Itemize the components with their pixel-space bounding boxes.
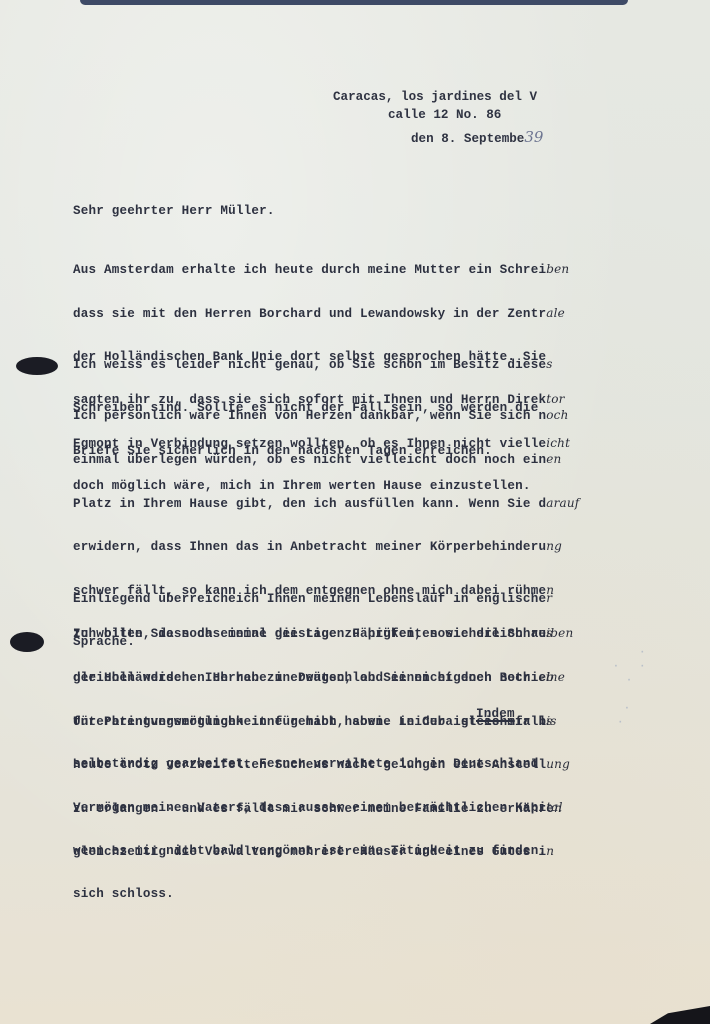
typed-text: einmal überlegen würden, ob es nicht vie… bbox=[73, 453, 546, 467]
handwritten-completion: eine bbox=[538, 670, 565, 684]
text-line: erwidern, dass Ihnen das in Anbetracht m… bbox=[73, 539, 579, 554]
typed-text: Ich weiss es leider nicht genau, ob Sie … bbox=[73, 358, 546, 372]
typed-text: zu erlangen · und es fällt mir schwer me… bbox=[73, 802, 554, 816]
typed-text: sich schloss. bbox=[73, 887, 174, 901]
handwritten-completion: is bbox=[546, 714, 556, 728]
handwritten-completion: iben bbox=[546, 626, 573, 640]
typed-text: Platz in Ihrem Hause gibt, den ich ausfü… bbox=[73, 497, 546, 511]
handwritten-completion: ale bbox=[546, 306, 565, 320]
letter-page: Caracas, los jardines del V calle 12 No.… bbox=[0, 0, 710, 1024]
typed-text: Aus Amsterdam erhalte ich heute durch me… bbox=[73, 263, 546, 277]
handwritten-completion: n bbox=[554, 801, 562, 815]
text-line: sich schloss. bbox=[73, 887, 579, 901]
paragraph-5: Ich bitte Sie noch einmal die Lage zu pr… bbox=[73, 598, 573, 887]
text-line: heute trotz verzweifelten Suchens nicht … bbox=[73, 757, 573, 772]
text-line: Ich weiss es leider nicht genau, ob Sie … bbox=[73, 357, 553, 372]
text-line: zu erlangen · und es fällt mir schwer me… bbox=[73, 801, 573, 816]
top-binding-strip bbox=[80, 0, 628, 5]
address-line-2: calle 12 No. 86 bbox=[333, 106, 543, 124]
bleed-through-text: · · bbox=[584, 702, 630, 730]
handwritten-completion: arauf bbox=[546, 496, 579, 510]
text-line: Ich bitte Sie noch einmal die Lage zu pr… bbox=[73, 626, 573, 641]
letter-header: Caracas, los jardines del V calle 12 No.… bbox=[333, 88, 543, 152]
date-typed: den 8. Septembe bbox=[411, 132, 524, 146]
address-line-1: Caracas, los jardines del V bbox=[333, 88, 543, 106]
typed-text: Ich persönlich wäre Ihnen von Herzen dan… bbox=[73, 409, 546, 423]
typed-text: erwidern, dass Ihnen das in Anbetracht m… bbox=[73, 540, 546, 554]
punch-hole-bottom bbox=[10, 632, 44, 652]
closing-catchword: Indem bbox=[476, 707, 515, 721]
handwritten-completion: och bbox=[546, 408, 568, 422]
typed-text: der Holländischen Herren zu erwägen, ob … bbox=[73, 671, 538, 685]
text-line: dass sie mit den Herren Borchard und Lew… bbox=[73, 306, 570, 321]
handwritten-completion: ung bbox=[546, 757, 570, 771]
date-year-handwritten: 39 bbox=[524, 128, 543, 146]
punch-hole-top bbox=[16, 357, 58, 375]
text-line: wenn es mir nicht bald vergönnt ist eine… bbox=[73, 844, 573, 858]
page-corner-shadow bbox=[650, 1006, 710, 1024]
bleed-through-text: · · · · bbox=[606, 646, 646, 688]
text-line: einmal überlegen würden, ob es nicht vie… bbox=[73, 452, 579, 467]
typed-text: wenn es mir nicht bald vergönnt ist eine… bbox=[73, 844, 546, 858]
handwritten-completion: ben bbox=[546, 262, 569, 276]
salutation: Sehr geehrter Herr Müller. bbox=[73, 204, 275, 218]
text-line: Ich persönlich wäre Ihnen von Herzen dan… bbox=[73, 408, 579, 423]
typed-text: heute trotz verzweifelten Suchens nicht … bbox=[73, 758, 546, 772]
handwritten-completion: en bbox=[546, 452, 561, 466]
typed-text: dass sie mit den Herren Borchard und Lew… bbox=[73, 307, 546, 321]
typed-text: Ich bitte Sie noch einmal die Lage zu pr… bbox=[73, 627, 546, 641]
handwritten-completion: s bbox=[546, 357, 552, 371]
date-line: den 8. Septembe39 bbox=[333, 124, 543, 152]
text-line: Platz in Ihrem Hause gibt, den ich ausfü… bbox=[73, 496, 579, 511]
text-line: Aus Amsterdam erhalte ich heute durch me… bbox=[73, 262, 570, 277]
text-line: der Holländischen Herren zu erwägen, ob … bbox=[73, 670, 573, 685]
handwritten-completion: ng bbox=[546, 539, 562, 553]
